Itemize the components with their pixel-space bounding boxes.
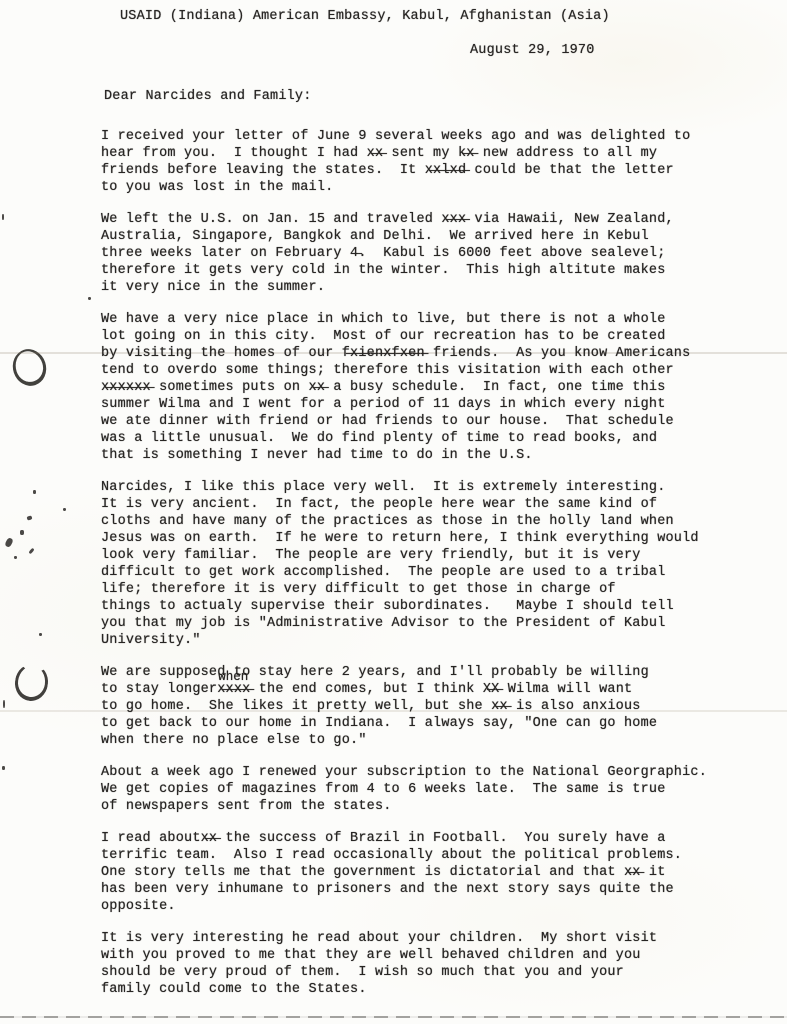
scan-bottom-edge [0,1016,787,1018]
letter-page: USAID (Indiana) American Embassy, Kabul,… [0,0,787,1024]
ink-speckle [3,700,5,708]
paragraph-1: I received your letter of June 9 several… [101,128,749,196]
ink-speckle [20,530,24,535]
typed-insertion: whenx̶x̶x̶x̶ [217,681,250,698]
ink-speckle [2,214,4,220]
ink-speckle [63,508,66,511]
paragraph-7: I read aboutx̶x̶ the success of Brazil i… [101,830,749,915]
ink-speckle [26,515,32,520]
ink-speckle [28,548,34,555]
ink-speckle [14,556,17,559]
ink-speckle [4,537,14,548]
letter-content: USAID (Indiana) American Embassy, Kabul,… [101,8,749,998]
paragraph-5: We are supposed to stay here 2 years, an… [101,664,749,749]
hole-punch-ring-bottom [13,662,51,703]
paragraph-8: It is very interesting he read about you… [101,930,749,998]
stray-period-mark [88,297,91,300]
ink-speckle [39,633,42,636]
inserted-word-above-line: when [218,669,248,686]
salutation: Dear Narcides and Family: [104,88,749,105]
paragraph-6: About a week ago I renewed your subscrip… [101,764,749,815]
sender-address-line: USAID (Indiana) American Embassy, Kabul,… [120,8,749,25]
hole-punch-ring-top [8,345,51,390]
paragraph-4: Narcides, I like this place very well. I… [101,479,749,649]
ink-speckle [33,490,36,494]
letter-date: August 29, 1970 [101,42,749,59]
paragraph-2: We left the U.S. on Jan. 15 and traveled… [101,211,749,296]
paragraph-3: We have a very nice place in which to li… [101,311,749,464]
ink-speckle [2,766,5,770]
